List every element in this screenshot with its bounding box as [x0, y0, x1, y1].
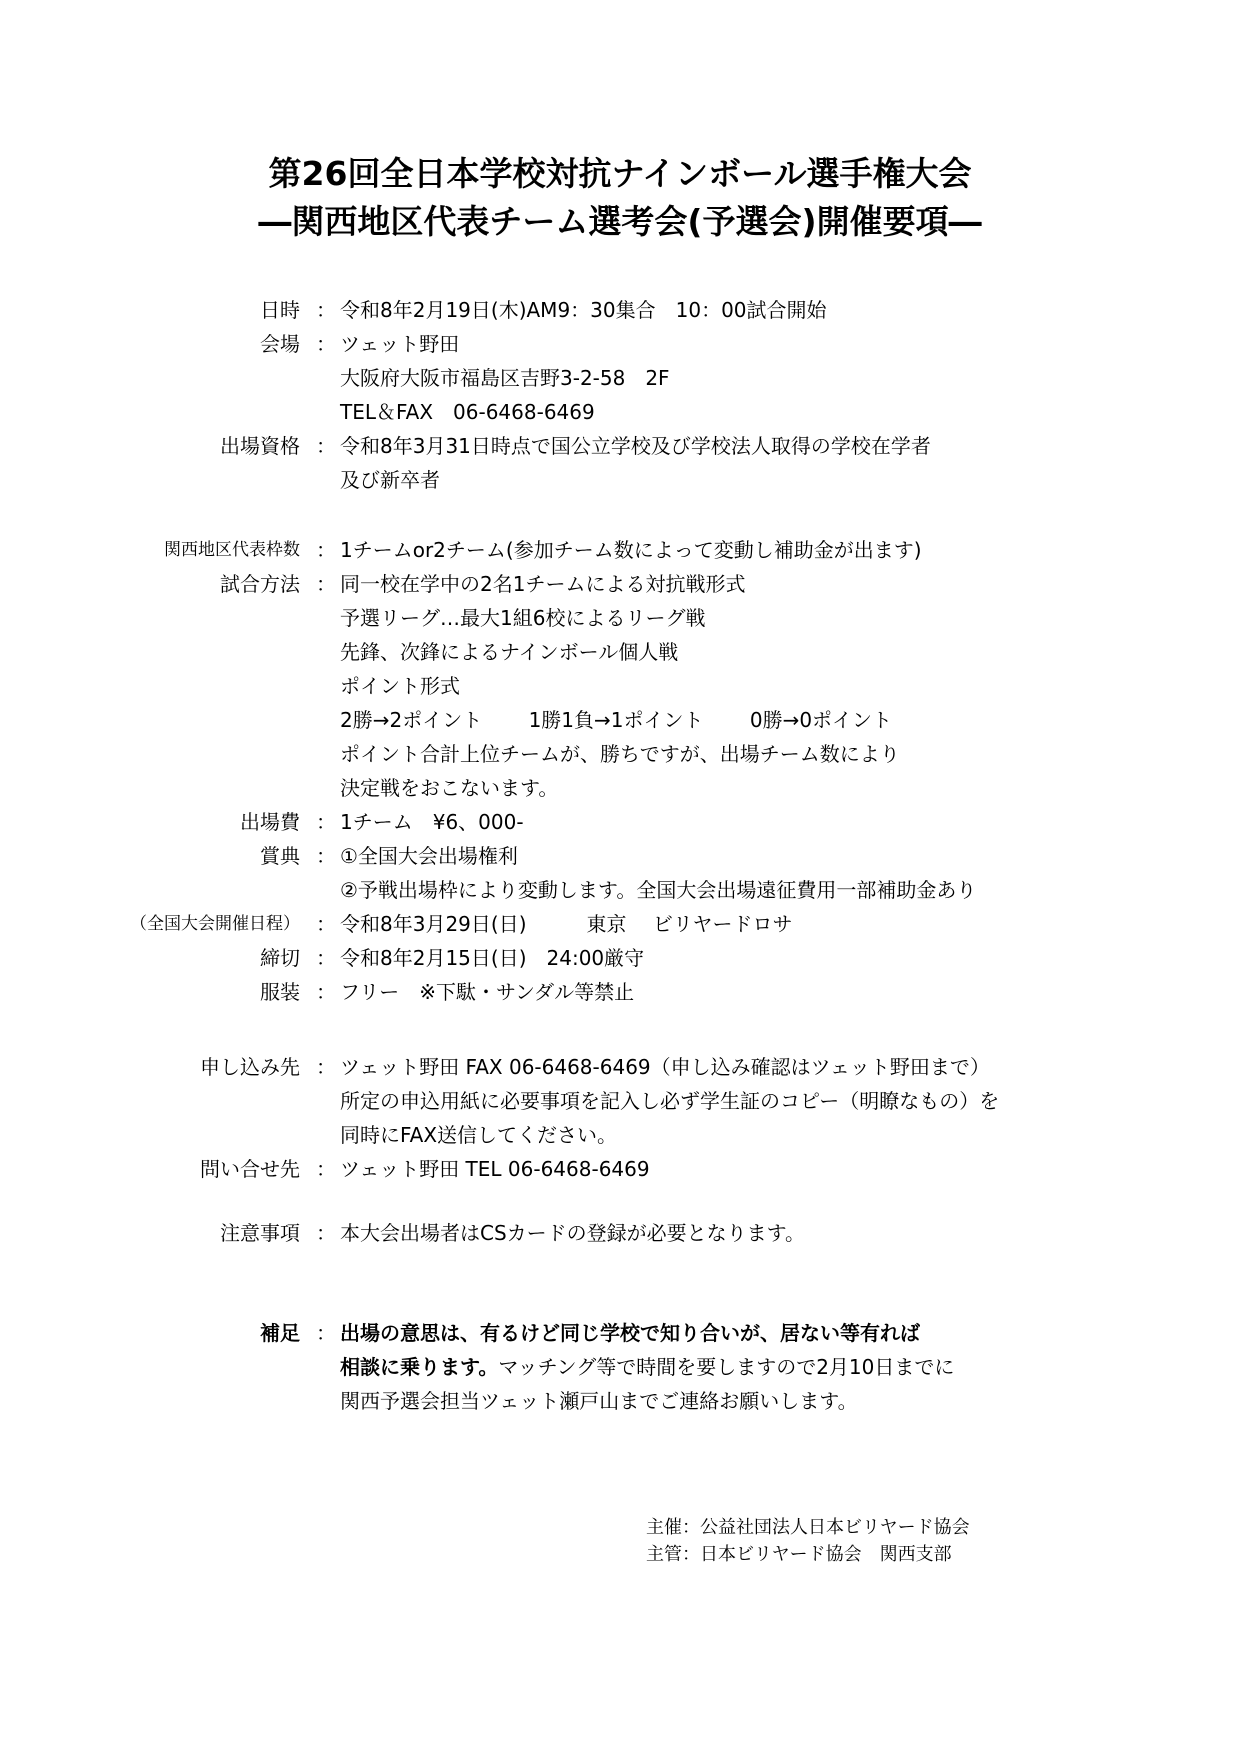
item-entry-fee: 出場費 ： 1チーム ¥6、000-	[0, 805, 1240, 839]
item-value: ②予戦出場枠により変動します。全国大会出場遠征費用一部補助金あり	[340, 873, 976, 907]
item-label: 出場資格	[220, 429, 300, 463]
item-value: 同時にFAX送信してください。	[340, 1118, 617, 1152]
item-label: 出場費	[240, 805, 300, 839]
colon: ：	[316, 839, 330, 873]
item-match-format-line: 2勝→2ポイント 1勝1負→1ポイント 0勝→0ポイント	[0, 703, 1240, 737]
item-venue-phone: TEL＆FAX 06-6468-6469	[0, 395, 1240, 429]
item-label: 関西地区代表枠数	[164, 533, 300, 567]
item-label: 会場	[260, 327, 300, 361]
item-value: 令和8年3月29日(日) 東京 ビリヤードロサ	[340, 907, 792, 941]
item-label: 服装	[260, 975, 300, 1009]
colon: ：	[316, 567, 330, 601]
item-value: 本大会出場者はCSカードの登録が必要となります。	[340, 1216, 805, 1250]
item-venue-address: 大阪府大阪市福島区吉野3-2-58 2F	[0, 361, 1240, 395]
item-eligibility-cont: 及び新卒者	[0, 463, 1240, 497]
document-title: 第26回全日本学校対抗ナインボール選手権大会	[0, 148, 1240, 195]
supplement-bold-prefix: 相談に乗ります。	[340, 1355, 498, 1379]
item-label: （全国大会開催日程）	[130, 907, 300, 941]
colon: ：	[316, 429, 330, 463]
item-label: 申し込み先	[200, 1050, 300, 1084]
item-supplement: 補足 ： 出場の意思は、有るけど同じ学校で知り合いが、居ない等有れば	[0, 1316, 1240, 1350]
item-national-schedule: （全国大会開催日程） ： 令和8年3月29日(日) 東京 ビリヤードロサ	[0, 907, 1240, 941]
item-label: 問い合せ先	[200, 1152, 300, 1186]
item-representative-slots: 関西地区代表枠数 ： 1チームor2チーム(参加チーム数によって変動し補助金が出…	[0, 533, 1240, 567]
colon: ：	[316, 1216, 330, 1250]
item-value: ツェット野田 TEL 06-6468-6469	[340, 1152, 650, 1186]
colon: ：	[316, 1152, 330, 1186]
item-application-cont: 所定の申込用紙に必要事項を記入し必ず学生証のコピー（明瞭なもの）を	[0, 1084, 1240, 1118]
colon: ：	[316, 1050, 330, 1084]
item-label: 締切	[260, 941, 300, 975]
item-dress-code: 服装 ： フリー ※下駄・サンダル等禁止	[0, 975, 1240, 1009]
supplement-rest: マッチング等で時間を要しますので2月10日までに	[498, 1355, 954, 1379]
item-value: ポイント合計上位チームが、勝ちですが、出場チーム数により	[340, 737, 900, 771]
item-value: 令和8年2月15日(日) 24:00厳守	[340, 941, 644, 975]
item-eligibility: 出場資格 ： 令和8年3月31日時点で国公立学校及び学校法人取得の学校在学者	[0, 429, 1240, 463]
colon: ：	[316, 907, 330, 941]
colon: ：	[316, 975, 330, 1009]
document-subtitle: ―関西地区代表チーム選考会(予選会)開催要項―	[0, 196, 1240, 243]
item-value: TEL＆FAX 06-6468-6469	[340, 395, 595, 429]
item-value: 令和8年2月19日(木)AM9：30集合 10：00試合開始	[340, 293, 827, 327]
item-value: 予選リーグ…最大1組6校によるリーグ戦	[340, 601, 705, 635]
item-label: 日時	[260, 293, 300, 327]
item-match-format-line: 決定戦をおこないます。	[0, 771, 1240, 805]
item-inquiries: 問い合せ先 ： ツェット野田 TEL 06-6468-6469	[0, 1152, 1240, 1186]
item-match-format: 試合方法 ： 同一校在学中の2名1チームによる対抗戦形式	[0, 567, 1240, 601]
item-value: 令和8年3月31日時点で国公立学校及び学校法人取得の学校在学者	[340, 429, 931, 463]
item-value: ツェット野田 FAX 06-6468-6469（申し込み確認はツェット野田まで）	[340, 1050, 990, 1084]
item-datetime: 日時 ： 令和8年2月19日(木)AM9：30集合 10：00試合開始	[0, 293, 1240, 327]
item-value-split: 相談に乗ります。マッチング等で時間を要しますので2月10日までに	[340, 1350, 954, 1384]
item-label: 試合方法	[220, 567, 300, 601]
colon: ：	[316, 1316, 330, 1350]
item-value: 同一校在学中の2名1チームによる対抗戦形式	[340, 567, 745, 601]
item-value: ツェット野田	[340, 327, 459, 361]
item-value: 関西予選会担当ツェット瀬戸山までご連絡お願いします。	[340, 1384, 858, 1418]
item-label: 賞典	[260, 839, 300, 873]
item-value: ①全国大会出場権利	[340, 839, 518, 873]
colon: ：	[316, 293, 330, 327]
colon: ：	[316, 533, 330, 567]
colon: ：	[316, 327, 330, 361]
footer-organizer: 主催：公益社団法人日本ビリヤード協会	[646, 1514, 970, 1541]
item-match-format-line: ポイント形式	[0, 669, 1240, 703]
item-venue: 会場 ： ツェット野田	[0, 327, 1240, 361]
item-application: 申し込み先 ： ツェット野田 FAX 06-6468-6469（申し込み確認はツ…	[0, 1050, 1240, 1084]
colon: ：	[316, 941, 330, 975]
colon: ：	[316, 805, 330, 839]
item-value: ポイント形式	[340, 669, 460, 703]
item-value: 出場の意思は、有るけど同じ学校で知り合いが、居ない等有れば	[340, 1316, 920, 1350]
item-value: 大阪府大阪市福島区吉野3-2-58 2F	[340, 361, 670, 395]
item-supplement-cont: 関西予選会担当ツェット瀬戸山までご連絡お願いします。	[0, 1384, 1240, 1418]
item-value: 1チーム ¥6、000-	[340, 805, 524, 839]
item-match-format-line: 予選リーグ…最大1組6校によるリーグ戦	[0, 601, 1240, 635]
item-value: 所定の申込用紙に必要事項を記入し必ず学生証のコピー（明瞭なもの）を	[340, 1084, 999, 1118]
item-value: フリー ※下駄・サンダル等禁止	[340, 975, 634, 1009]
item-deadline: 締切 ： 令和8年2月15日(日) 24:00厳守	[0, 941, 1240, 975]
item-value: 1チームor2チーム(参加チーム数によって変動し補助金が出ます)	[340, 533, 922, 567]
item-value: 及び新卒者	[340, 463, 440, 497]
item-value: 先鋒、次鋒によるナインボール個人戦	[340, 635, 678, 669]
item-match-format-line: ポイント合計上位チームが、勝ちですが、出場チーム数により	[0, 737, 1240, 771]
footer-manager: 主管：日本ビリヤード協会 関西支部	[646, 1541, 952, 1568]
item-label: 注意事項	[220, 1216, 300, 1250]
item-notes: 注意事項 ： 本大会出場者はCSカードの登録が必要となります。	[0, 1216, 1240, 1250]
item-prizes: 賞典 ： ①全国大会出場権利	[0, 839, 1240, 873]
item-match-format-line: 先鋒、次鋒によるナインボール個人戦	[0, 635, 1240, 669]
item-value: 2勝→2ポイント 1勝1負→1ポイント 0勝→0ポイント	[340, 703, 892, 737]
item-prizes-cont: ②予戦出場枠により変動します。全国大会出場遠征費用一部補助金あり	[0, 873, 1240, 907]
item-supplement-cont: 相談に乗ります。マッチング等で時間を要しますので2月10日までに	[0, 1350, 1240, 1384]
item-value: 決定戦をおこないます。	[340, 771, 558, 805]
item-application-cont: 同時にFAX送信してください。	[0, 1118, 1240, 1152]
item-label: 補足	[260, 1316, 300, 1350]
